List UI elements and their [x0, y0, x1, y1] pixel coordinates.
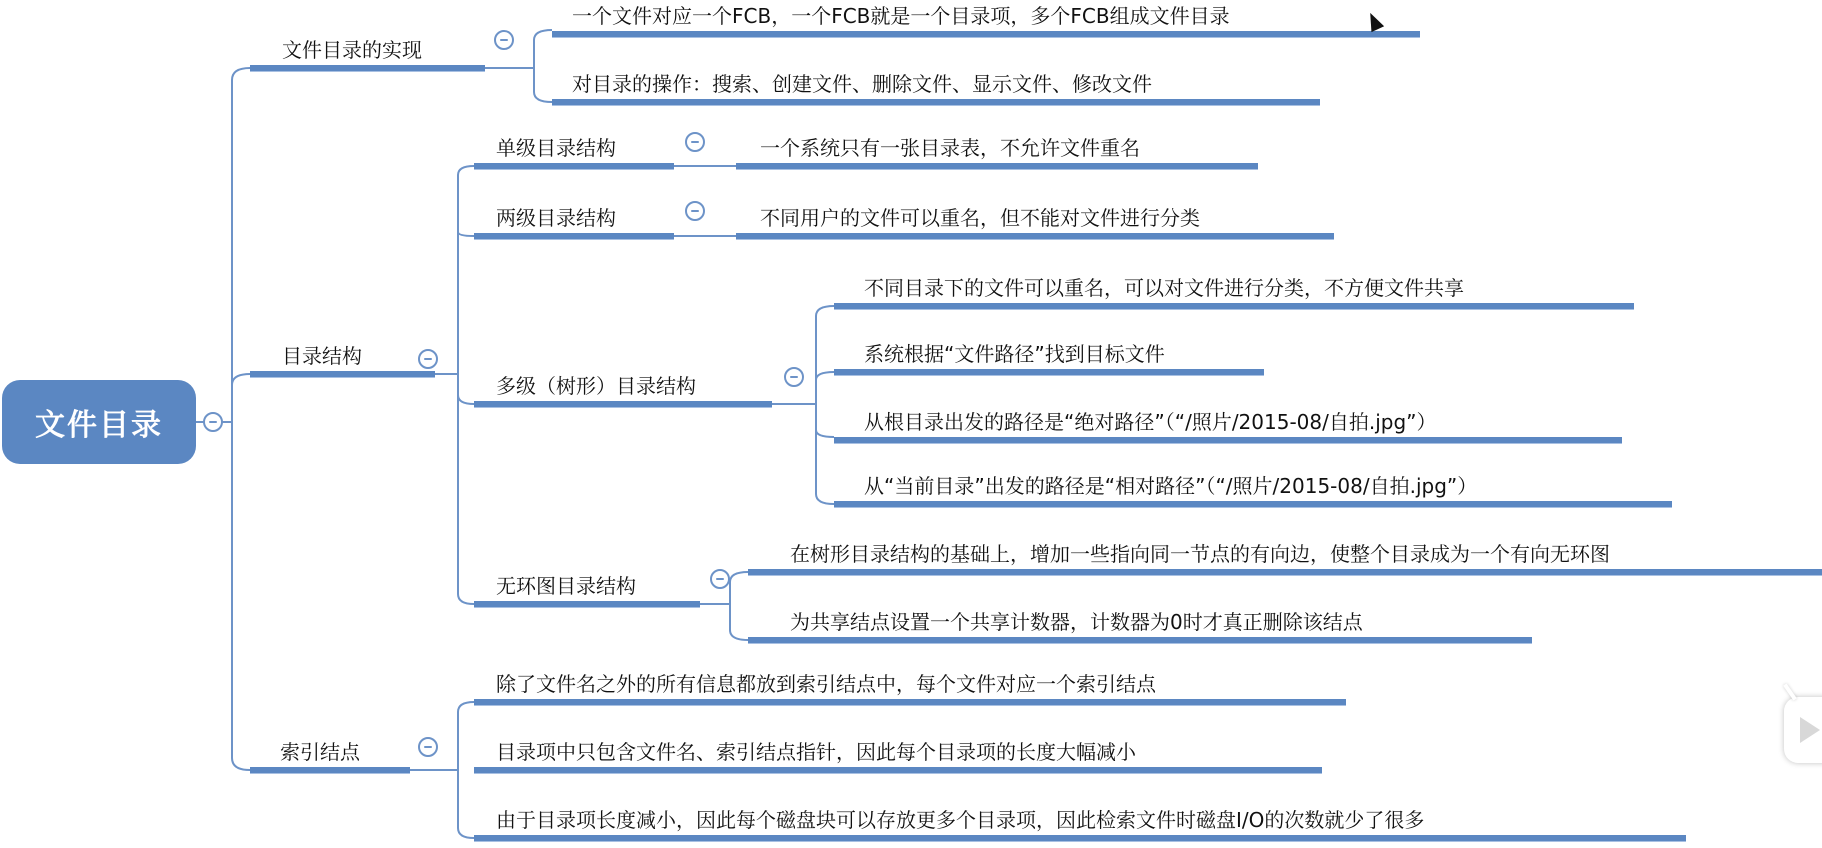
root-label: 文件目录 — [35, 400, 163, 444]
node-label: 在树形目录结构的基础上，增加一些指向同一节点的有向边，使整个目录成为一个有向无环… — [790, 542, 1610, 566]
root-node[interactable]: 文件目录 — [2, 380, 196, 464]
node-label: 一个系统只有一张目录表，不允许文件重名 — [760, 136, 1140, 160]
leaf-multi-level-rename[interactable]: 不同目录下的文件可以重名，可以对文件进行分类，不方便文件共享 — [834, 266, 1634, 310]
collapse-toggle-root[interactable] — [203, 412, 223, 432]
node-label: 不同目录下的文件可以重名，可以对文件进行分类，不方便文件共享 — [864, 276, 1464, 300]
leaf-index-node-disk-io[interactable]: 由于目录项长度减小，因此每个磁盘块可以存放更多个目录项，因此检索文件时磁盘I/O… — [474, 798, 1686, 842]
collapse-toggle-acyclic[interactable] — [710, 569, 730, 589]
node-underline — [474, 835, 1686, 842]
node-label: 除了文件名之外的所有信息都放到索引结点中，每个文件对应一个索引结点 — [496, 672, 1156, 696]
collapse-toggle-single-level[interactable] — [685, 132, 705, 152]
node-underline — [552, 31, 1420, 38]
node-underline — [474, 699, 1346, 706]
node-underline — [474, 401, 772, 408]
collapse-toggle-branch-0[interactable] — [494, 30, 514, 50]
node-label: 从根目录出发的路径是“绝对路径”（“/照片/2015-08/自拍.jpg”） — [864, 410, 1437, 434]
node-underline — [474, 601, 700, 608]
node-label: 目录结构 — [282, 344, 362, 368]
node-two-level-directory[interactable]: 两级目录结构 — [474, 196, 674, 240]
node-label: 系统根据“文件路径”找到目标文件 — [864, 342, 1165, 366]
node-underline — [552, 99, 1320, 106]
leaf-single-level-desc[interactable]: 一个系统只有一张目录表，不允许文件重名 — [736, 126, 1258, 170]
node-underline — [736, 233, 1334, 240]
node-underline — [748, 569, 1822, 576]
collapse-toggle-branch-2[interactable] — [418, 737, 438, 757]
leaf-multi-level-absolute-path[interactable]: 从根目录出发的路径是“绝对路径”（“/照片/2015-08/自拍.jpg”） — [834, 400, 1622, 444]
node-acyclic-graph-directory[interactable]: 无环图目录结构 — [474, 564, 700, 608]
node-label: 对目录的操作：搜索、创建文件、删除文件、显示文件、修改文件 — [572, 72, 1152, 96]
leaf-directory-operations[interactable]: 对目录的操作：搜索、创建文件、删除文件、显示文件、修改文件 — [552, 62, 1320, 106]
leaf-multi-level-path[interactable]: 系统根据“文件路径”找到目标文件 — [834, 332, 1264, 376]
node-underline — [250, 65, 485, 72]
branch-index-node[interactable]: 索引结点 — [250, 730, 410, 774]
node-underline — [250, 767, 410, 774]
branch-file-directory-implementation[interactable]: 文件目录的实现 — [250, 30, 485, 72]
collapse-toggle-multi-level[interactable] — [784, 367, 804, 387]
node-underline — [736, 163, 1258, 170]
node-underline — [834, 369, 1264, 376]
video-watermark-icon — [1784, 697, 1822, 763]
branch-directory-structure[interactable]: 目录结构 — [250, 334, 435, 378]
collapse-toggle-two-level[interactable] — [685, 201, 705, 221]
node-underline — [834, 437, 1622, 444]
node-label: 单级目录结构 — [496, 136, 616, 160]
node-label: 不同用户的文件可以重名，但不能对文件进行分类 — [760, 206, 1200, 230]
leaf-acyclic-share-counter[interactable]: 为共享结点设置一个共享计数器，计数器为0时才真正删除该结点 — [748, 600, 1532, 644]
node-label: 两级目录结构 — [496, 206, 616, 230]
node-label: 由于目录项长度减小，因此每个磁盘块可以存放更多个目录项，因此检索文件时磁盘I/O… — [496, 808, 1424, 832]
node-underline — [474, 233, 674, 240]
leaf-index-node-entry-size[interactable]: 目录项中只包含文件名、索引结点指针，因此每个目录项的长度大幅减小 — [474, 730, 1322, 774]
play-icon — [1800, 717, 1820, 743]
node-underline — [474, 767, 1322, 774]
node-single-level-directory[interactable]: 单级目录结构 — [474, 126, 674, 170]
node-label: 文件目录的实现 — [282, 38, 422, 62]
node-underline — [250, 371, 435, 378]
node-label: 从“当前目录”出发的路径是“相对路径”（“/照片/2015-08/自拍.jpg”… — [864, 474, 1477, 498]
leaf-two-level-desc[interactable]: 不同用户的文件可以重名，但不能对文件进行分类 — [736, 196, 1334, 240]
leaf-index-node-info[interactable]: 除了文件名之外的所有信息都放到索引结点中，每个文件对应一个索引结点 — [474, 662, 1346, 706]
node-label: 一个文件对应一个FCB，一个FCB就是一个目录项，多个FCB组成文件目录 — [572, 4, 1230, 28]
leaf-multi-level-relative-path[interactable]: 从“当前目录”出发的路径是“相对路径”（“/照片/2015-08/自拍.jpg”… — [834, 464, 1672, 508]
node-label: 为共享结点设置一个共享计数器，计数器为0时才真正删除该结点 — [790, 610, 1363, 634]
leaf-fcb[interactable]: 一个文件对应一个FCB，一个FCB就是一个目录项，多个FCB组成文件目录 — [552, 0, 1420, 38]
node-underline — [834, 303, 1634, 310]
node-label: 索引结点 — [280, 740, 360, 764]
node-label: 多级（树形）目录结构 — [496, 374, 696, 398]
node-label: 无环图目录结构 — [496, 574, 636, 598]
node-underline — [834, 501, 1672, 508]
node-underline — [474, 163, 674, 170]
node-underline — [748, 637, 1532, 644]
node-multi-level-tree-directory[interactable]: 多级（树形）目录结构 — [474, 364, 772, 408]
leaf-acyclic-directed-edges[interactable]: 在树形目录结构的基础上，增加一些指向同一节点的有向边，使整个目录成为一个有向无环… — [748, 532, 1822, 576]
node-label: 目录项中只包含文件名、索引结点指针，因此每个目录项的长度大幅减小 — [496, 740, 1136, 764]
collapse-toggle-branch-1[interactable] — [418, 349, 438, 369]
